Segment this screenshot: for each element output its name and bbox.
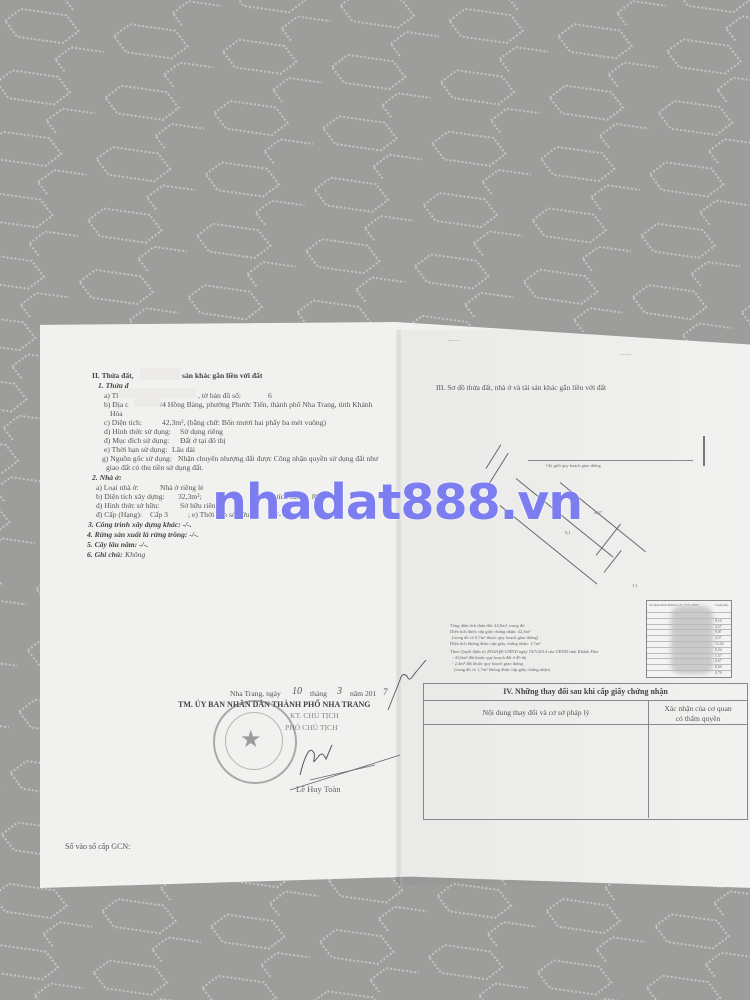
edge-length-value: 4,57 — [715, 636, 722, 640]
deputy-title-1: KT. CHỦ TỊCH — [290, 712, 339, 720]
note-line: Theo Quyết định số 2934/QĐ-UBND ngày 19/… — [450, 649, 598, 654]
date-day: 10 — [292, 687, 302, 697]
edge-length-value: 1,57 — [715, 654, 722, 658]
date-year-label: năm 201 — [350, 690, 376, 698]
edge-length-value: 8,60 — [715, 665, 722, 669]
house-dd-label: đ) Cấp (Hạng): — [96, 511, 142, 519]
scale-label: 1:1 — [632, 583, 638, 588]
edge-length-value: 9,87 — [715, 630, 722, 634]
changes-column — [424, 701, 649, 818]
north-arrow-icon — [703, 436, 705, 466]
note-line: Diện tích không được cấp giấy chứng nhận… — [450, 641, 540, 646]
land-origin: Nhận chuyển nhượng đất được Công nhận qu… — [178, 455, 378, 463]
seal-star-icon: ★ — [240, 725, 262, 754]
land-d-label: d) Hình thức sử dụng: — [104, 428, 171, 436]
watermark: nhadat888.vn — [212, 478, 582, 527]
item6-note-label: 6. Ghi chú: — [87, 551, 123, 559]
land-usage-form: Sử dụng riêng — [180, 428, 223, 436]
land-e-label: e) Thời hạn sử dụng: — [104, 446, 167, 454]
item6-note-value: Không — [125, 551, 145, 559]
changes-table: IV. Những thay đổi sau khi cấp giấy chứn… — [423, 683, 748, 820]
col-change-content: Nội dung thay đổi và cơ sở pháp lý — [424, 708, 648, 717]
land-c-label: c) Diện tích: — [104, 419, 142, 427]
land-origin-2: giao đất có thu tiền sử dụng đất. — [106, 464, 203, 472]
house-heading: 2. Nhà ở: — [92, 474, 122, 482]
house-type: Nhà ở riêng lẻ — [160, 484, 203, 492]
page-fold — [396, 330, 402, 886]
house-build-area: 32,3m²; — [178, 493, 202, 501]
edge-length-value: 13,54 — [715, 642, 724, 646]
col-authority-confirm-2: có thẩm quyền — [650, 714, 746, 723]
house-grade: Cấp 3 — [150, 511, 168, 519]
section2-title: II. Thửa đất, — [92, 372, 134, 380]
land-a-tail: , tờ bản đồ số: — [198, 392, 241, 400]
coordinates-table: Số hiệu đỉnh thửa Tọa độ (VN-2000) Cạnh … — [646, 600, 732, 678]
map-sheet-number: 6 — [268, 392, 272, 400]
side-length-a: 4,57 — [594, 510, 602, 515]
note-line: - 41,6m² đất thuộc quy hoạch đất ở đô th… — [452, 655, 526, 660]
edge-length-value: 0,79 — [715, 671, 722, 675]
note-line: (trong đó có 1,7m² không được cấp giấy c… — [454, 667, 550, 672]
land-term: Lâu dài — [172, 446, 195, 454]
signer-name: Lê Huy Toàn — [296, 785, 341, 794]
date-place: Nha Trang, ngày — [230, 690, 281, 698]
date-month: 3 — [337, 687, 342, 697]
table-divider — [424, 724, 747, 725]
house-d-label: d) Hình thức sở hữu: — [96, 502, 159, 510]
col-authority-confirm-1: Xác nhận của cơ quan — [650, 704, 746, 713]
note-line: Tổng diện tích thửa đất: 44,0m², trong đ… — [450, 623, 526, 628]
coord-header: Số hiệu đỉnh thửa — [649, 603, 674, 607]
edge-length-value: 9,10 — [715, 619, 722, 623]
register-number-label: Số vào sổ cấp GCN: — [65, 843, 130, 851]
house-a-label: a) Loại nhà ở: — [96, 484, 139, 492]
item4-forest: 4. Rừng sản xuất là rừng trồng: -/-. — [87, 531, 198, 539]
date-month-label: tháng — [310, 690, 327, 698]
boundary-label: Chỉ giới quy hoạch giao thông — [546, 463, 601, 468]
edge-length-value: 4,57 — [715, 625, 722, 629]
item3-other-works: 3. Công trình xây dựng khác: -/-. — [88, 521, 192, 529]
note-line: (trong đó có 0,7m² thuộc quy hoạch giao … — [452, 635, 538, 640]
land-dd-label: đ) Mục đích sử dụng: — [104, 437, 169, 445]
redacted-area — [134, 397, 160, 407]
land-area: 42,3m², (bằng chữ: Bốn mươi hai phẩy ba … — [162, 419, 326, 427]
note-line: - 2,4m² đất thuộc quy hoạch giao thông — [452, 661, 523, 666]
land-purpose: Đất ở tại đô thị — [180, 437, 226, 445]
house-b-label: b) Diện tích xây dựng: — [96, 493, 165, 501]
redacted-area — [140, 368, 180, 380]
edge-length-value: 0,54 — [715, 648, 722, 652]
coord-header: Cạnh (m) — [715, 603, 728, 607]
section3-title: III. Sơ đồ thửa đất, nhà ở và tài sản kh… — [436, 384, 606, 392]
section4-title: IV. Những thay đổi sau khi cấp giấy chứn… — [424, 684, 747, 701]
land-g-label: g) Nguồn gốc sử dụng: — [102, 455, 172, 463]
note-line: Diện tích được cấp giấy chứng nhận: 42,3… — [450, 629, 530, 634]
land-address: /4 Hồng Bàng, phường Phước Tiến, thành p… — [160, 401, 372, 409]
section2-title-tail: sản khác gắn liền với đất — [182, 372, 262, 380]
land-b-label: b) Địa c — [104, 401, 128, 409]
item5-perennial: 5. Cây lâu năm: -/-. — [87, 541, 148, 549]
land-address-2: Hòa — [110, 410, 123, 418]
edge-length-value: 0,67 — [715, 659, 722, 663]
